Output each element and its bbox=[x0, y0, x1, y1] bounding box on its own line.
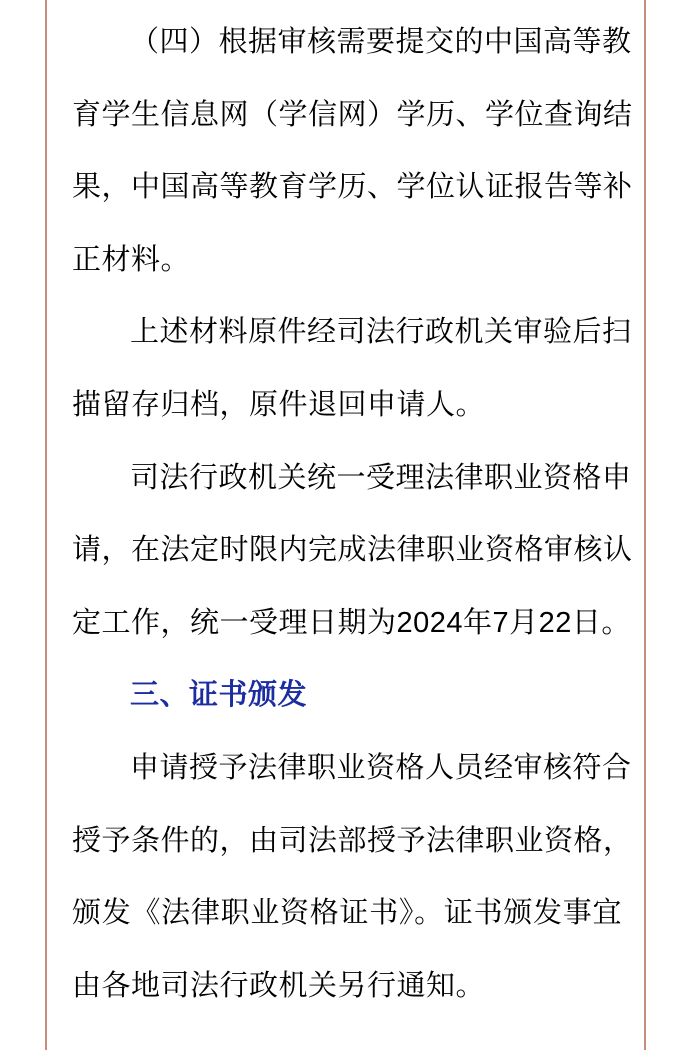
article-content: （四）根据审核需要提交的中国高等教 育学生信息网（学信网）学历、学位查询结 果，… bbox=[72, 6, 622, 1022]
paragraph-line: 育学生信息网（学信网）学历、学位查询结 bbox=[72, 79, 622, 152]
paragraph-line: 司法行政机关统一受理法律职业资格申 bbox=[72, 442, 622, 515]
section-heading: 三、证书颁发 bbox=[72, 659, 622, 732]
paragraph-line: （四）根据审核需要提交的中国高等教 bbox=[72, 6, 622, 79]
paragraph-line: 描留存归档，原件退回申请人。 bbox=[72, 369, 622, 442]
paragraph-line: 申请授予法律职业资格人员经审核符合 bbox=[72, 732, 622, 805]
paragraph-line: 由各地司法行政机关另行通知。 bbox=[72, 950, 622, 1023]
left-vertical-rule bbox=[45, 0, 47, 1050]
paragraph-line: 定工作，统一受理日期为2024年7月22日。 bbox=[72, 587, 622, 660]
paragraph-line: 颁发《法律职业资格证书》。证书颁发事宜 bbox=[72, 877, 622, 950]
paragraph-line: 果，中国高等教育学历、学位认证报告等补 bbox=[72, 151, 622, 224]
article-page: （四）根据审核需要提交的中国高等教 育学生信息网（学信网）学历、学位查询结 果，… bbox=[0, 0, 690, 1050]
paragraph-line: 正材料。 bbox=[72, 224, 622, 297]
paragraph-line: 请，在法定时限内完成法律职业资格审核认 bbox=[72, 514, 622, 587]
right-vertical-rule bbox=[644, 0, 646, 1050]
paragraph-line: 授予条件的，由司法部授予法律职业资格， bbox=[72, 805, 622, 878]
paragraph-line: 上述材料原件经司法行政机关审验后扫 bbox=[72, 296, 622, 369]
